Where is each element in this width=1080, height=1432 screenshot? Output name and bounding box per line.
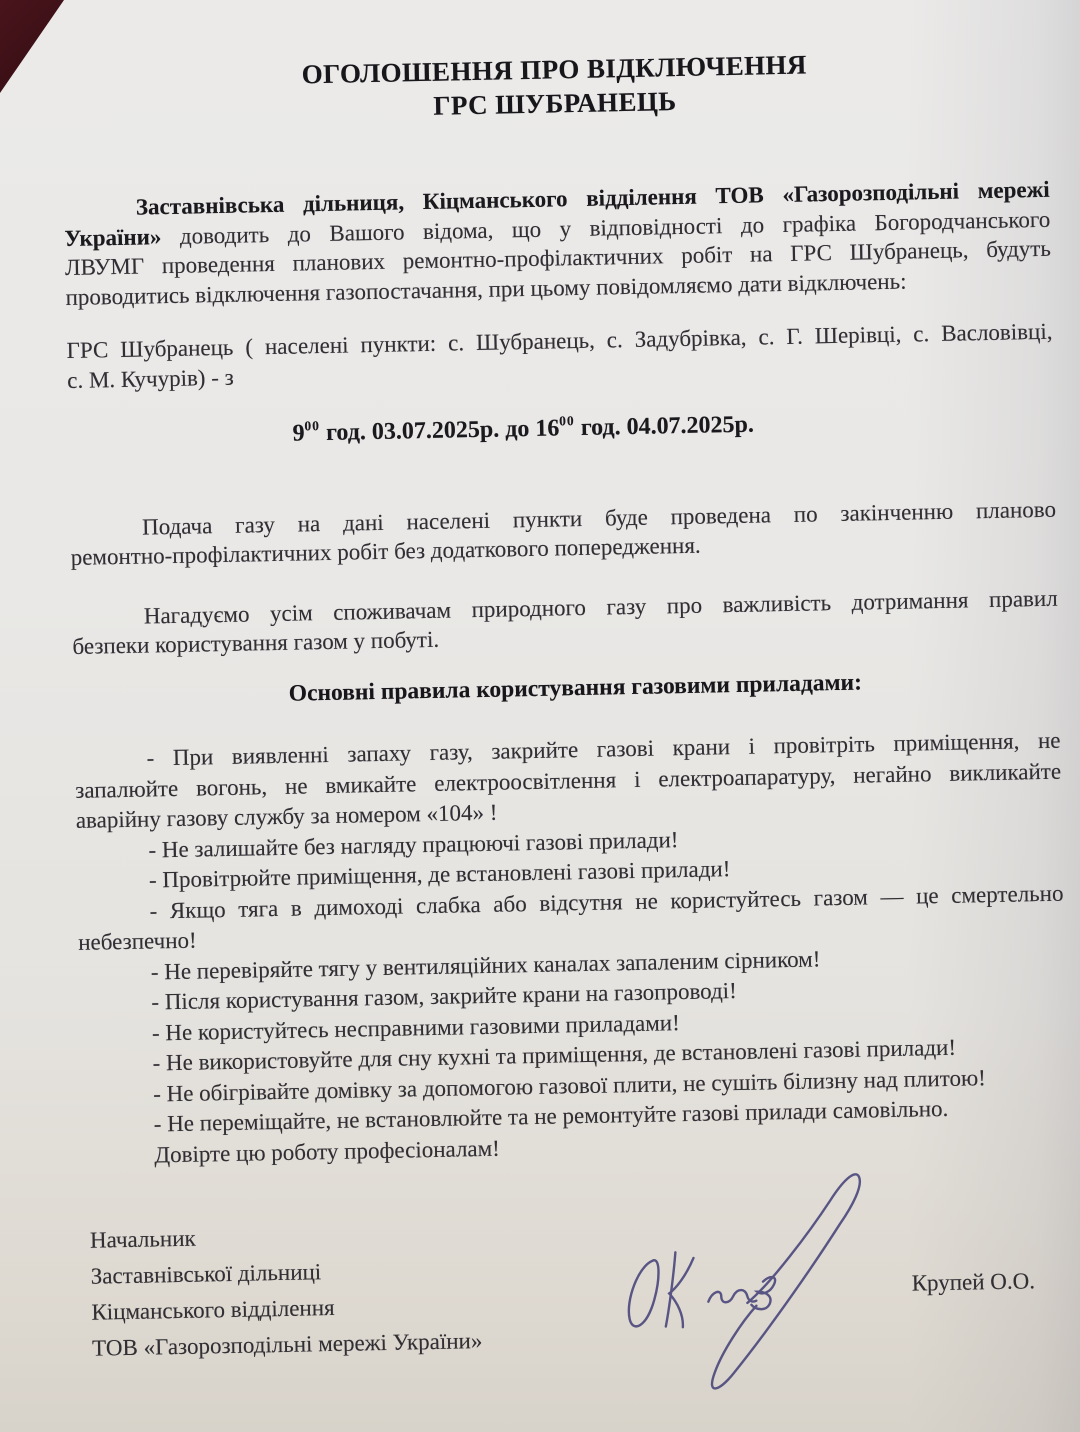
schedule-to-minutes: 00: [559, 413, 575, 428]
outage-schedule: 900 год. 03.07.2025р. до 1600 год. 04.07…: [68, 399, 979, 453]
signature-stroke-k-arms: [669, 1258, 695, 1327]
resume-paragraph: Подача газу на дані населені пункти буде…: [70, 494, 1057, 572]
schedule-from-hour: 9: [292, 420, 305, 446]
document-title: ОГОЛОШЕННЯ ПРО ВІДКЛЮЧЕННЯ ГРС ШУБРАНЕЦЬ: [61, 43, 1048, 130]
schedule-tail: год. 04.07.2025р.: [575, 412, 755, 441]
announcement-photo: ОГОЛОШЕННЯ ПРО ВІДКЛЮЧЕННЯ ГРС ШУБРАНЕЦЬ…: [0, 0, 1080, 1432]
signature-stroke-squiggle: [708, 1290, 756, 1303]
rules-heading: Основні правила користування газовими пр…: [91, 664, 1059, 712]
signatory-name: Крупей О.О.: [911, 1266, 1035, 1298]
rules-list: - При виявленні запаху газу, закрийте га…: [74, 726, 1068, 1171]
rule-1: - При виявленні запаху газу, закрийте га…: [74, 726, 1062, 836]
signature-stroke-k-stem: [664, 1252, 676, 1326]
position-line-4: ТОВ «Газорозподільні мережі України»: [92, 1323, 483, 1367]
handwritten-signature-ink: [611, 1161, 877, 1398]
intro-paragraph: Заставнівська дільниця, Кіцманського від…: [64, 175, 1052, 312]
photo-corner-background: [0, 0, 64, 93]
signatory-position: Начальник Заставнівської дільниці Кіцман…: [84, 1215, 483, 1367]
settlements-paragraph: ГРС Шубранець ( населені пункти: с. Шубр…: [66, 317, 1053, 395]
signature-stroke-o: [628, 1260, 660, 1326]
reminder-paragraph: Нагадуємо усім споживачам природного газ…: [72, 583, 1059, 661]
schedule-from-minutes: 00: [304, 418, 320, 433]
document-body: ОГОЛОШЕННЯ ПРО ВІДКЛЮЧЕННЯ ГРС ШУБРАНЕЦЬ…: [60, 0, 1073, 1367]
signature-stroke-zigzag: [751, 1277, 776, 1309]
signature-stroke-flourish: [708, 1174, 864, 1388]
schedule-middle: год. 03.07.2025р. до 16: [320, 415, 560, 446]
signature-section: Начальник Заставнівської дільниці Кіцман…: [84, 1204, 1073, 1367]
intro-line-2-bold: України»: [64, 224, 161, 251]
